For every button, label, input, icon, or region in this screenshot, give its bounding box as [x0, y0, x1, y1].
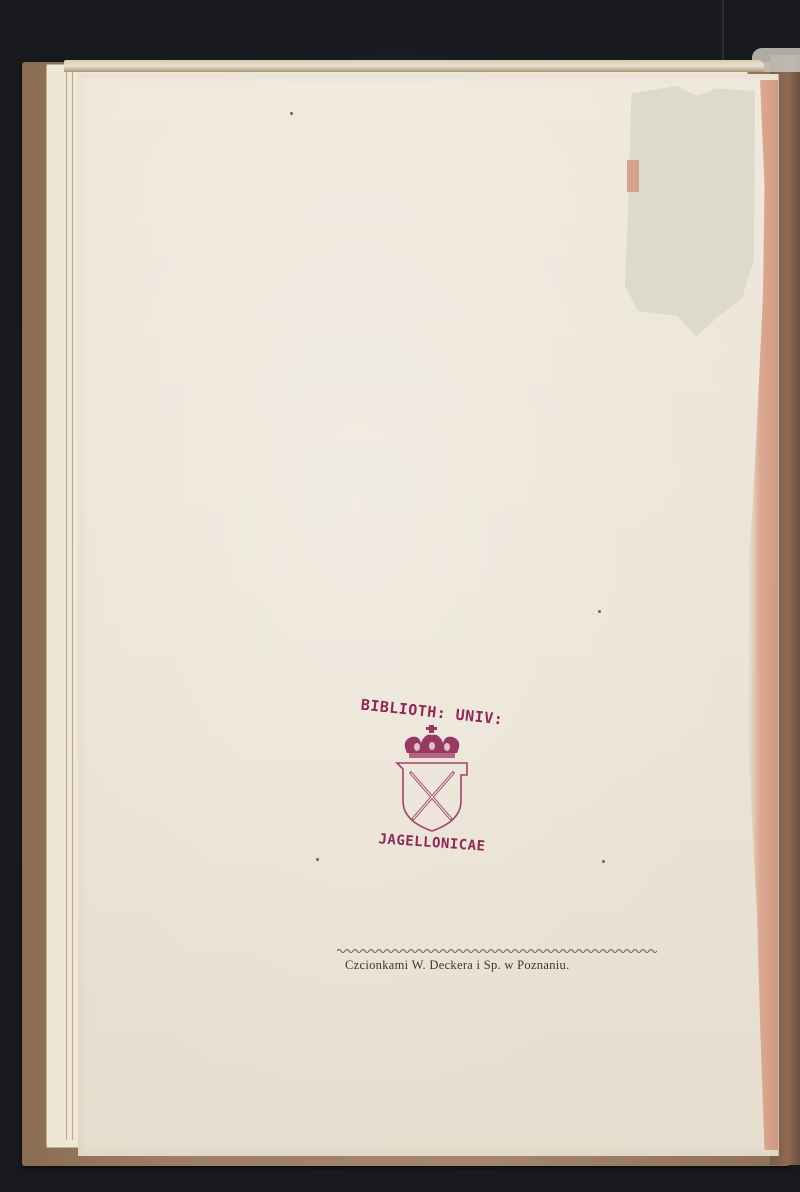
page-top-edge	[64, 60, 764, 72]
crown-shield-icon	[387, 723, 477, 838]
library-stamp: BIBLIOTH: UNIV: JAGELLONICAE	[352, 695, 512, 870]
paper-speck	[290, 112, 293, 115]
label-stain	[627, 160, 639, 192]
paper-speck	[598, 610, 601, 613]
pasted-label-remnant	[625, 86, 755, 336]
printer-imprint: Czcionkami W. Deckera i Sp. w Poznaniu.	[345, 958, 665, 973]
page-edge-line	[66, 70, 67, 1140]
page-edge-line	[72, 70, 73, 1140]
paper-speck	[316, 858, 319, 861]
background-seam	[722, 0, 724, 60]
paper-speck	[602, 860, 605, 863]
wavy-rule	[337, 948, 657, 954]
